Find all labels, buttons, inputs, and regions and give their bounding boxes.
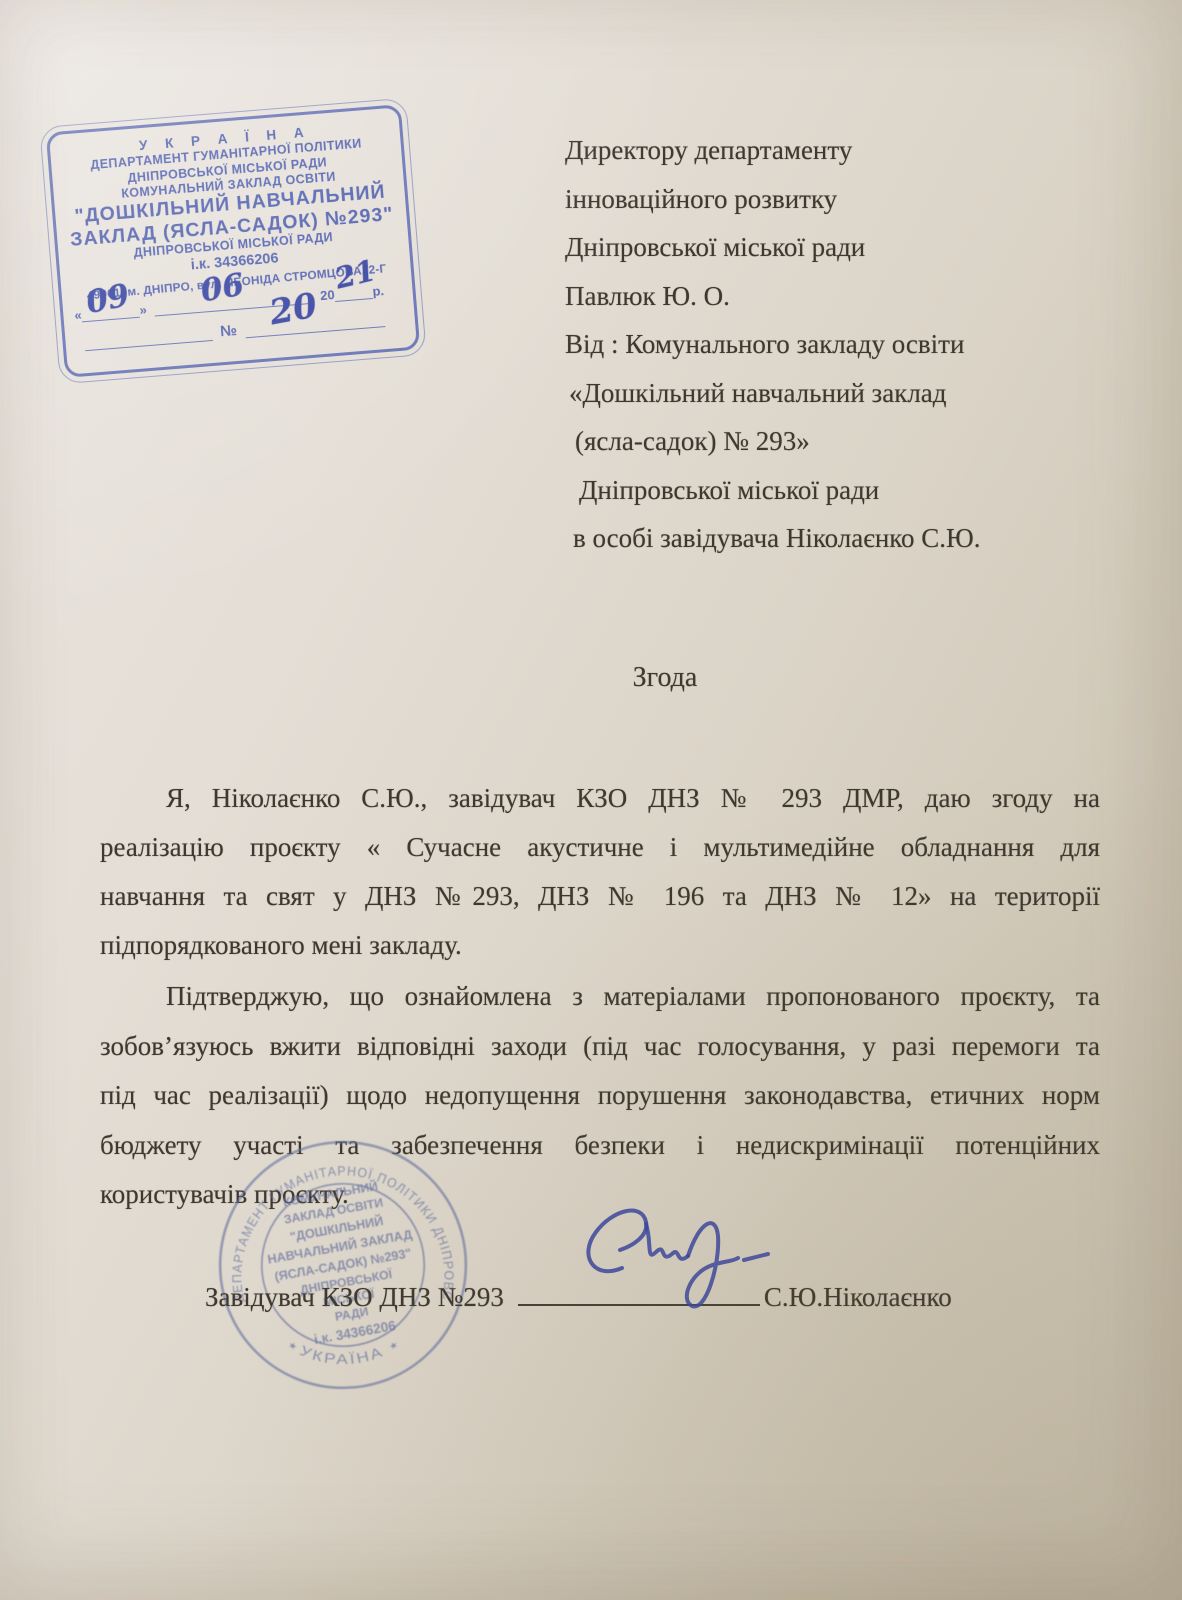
handwritten-number: 20 bbox=[266, 286, 320, 334]
document-title: Згода bbox=[100, 662, 1182, 694]
stamp-quote-close: » bbox=[139, 303, 147, 319]
stamp-dept-line2: ДНІПРОВСЬКОЇ МІСЬКОЇ РАДИ bbox=[127, 155, 328, 186]
recipient-block: Директору департаменту інноваційного роз… bbox=[565, 126, 981, 563]
stamp-year-prefix: 20 bbox=[320, 287, 336, 303]
handwritten-year: 21 bbox=[332, 253, 379, 296]
handwritten-day: 09 bbox=[83, 278, 132, 322]
handwritten-month: 06 bbox=[199, 267, 248, 310]
body-line: навчання та свят у ДНЗ №293, ДНЗ № 196 т… bbox=[100, 872, 1100, 921]
stamp-org-name1: "ДОШКІЛЬНИЙ НАВЧАЛЬНИЙ bbox=[74, 181, 387, 228]
recipient-line: (ясла-садок) № 293» bbox=[565, 417, 981, 466]
round-seal: ДЕПАРТАМЕНТ ГУМАНІТАРНОЇ ПОЛІТИКИ ДНІПРО… bbox=[211, 1133, 475, 1397]
body-line: підпорядкованого мені закладу. bbox=[100, 921, 1100, 970]
scanned-document-page: У К Р А Ї Н А ДЕПАРТАМЕНТ ГУМАНІТАРНОЇ П… bbox=[0, 0, 1182, 1600]
recipient-line: Дніпровської міської ради bbox=[565, 466, 981, 515]
recipient-line: інноваційного розвитку bbox=[565, 175, 981, 224]
stamp-org-name2: ЗАКЛАД (ЯСЛА-САДОК) №293" bbox=[69, 203, 394, 251]
stamp-number-blank: 20 bbox=[244, 311, 385, 339]
stamp-country: У К Р А Ї Н А bbox=[138, 124, 311, 154]
recipient-line: Дніпровської міської ради bbox=[565, 223, 981, 272]
stamp-org-type: КОМУНАЛЬНИЙ ЗАКЛАД ОСВІТИ bbox=[121, 170, 336, 202]
stamp-left-blank bbox=[84, 324, 213, 351]
stamp-dept-line1: ДЕПАРТАМЕНТ ГУМАНІТАРНОЇ ПОЛІТИКИ bbox=[90, 137, 362, 174]
body-line: реалізацію проєкту « Сучасне акустичне і… bbox=[100, 823, 1100, 872]
paragraph-1: Я, Ніколаєнко С.Ю., завідувач КЗО ДНЗ № … bbox=[100, 774, 1100, 970]
stamp-number-label: № bbox=[220, 322, 238, 340]
recipient-line: Від : Комунального закладу освіти bbox=[565, 320, 981, 369]
stamp-day-blank: 09 bbox=[81, 301, 140, 323]
recipient-line: в особі завідувача Ніколаєнко С.Ю. bbox=[565, 514, 981, 563]
body-line: Підтверджую, що ознайомлена з матеріалам… bbox=[100, 972, 1100, 1022]
recipient-line: Директору департаменту bbox=[565, 126, 981, 175]
body-line: під час реалізації) щодо недопущення пор… bbox=[100, 1071, 1100, 1121]
stamp-council: ДНІПРОВСЬКОЇ МІСЬКОЇ РАДИ bbox=[133, 230, 334, 261]
recipient-line: «Дошкільний навчальний заклад bbox=[565, 369, 981, 418]
body-line: зобов’язуюсь вжити відповідні заходи (пі… bbox=[100, 1022, 1100, 1072]
institution-stamp: У К Р А Ї Н А ДЕПАРТАМЕНТ ГУМАНІТАРНОЇ П… bbox=[46, 104, 421, 378]
stamp-year-blank: 21 bbox=[334, 282, 373, 302]
body-line: Я, Ніколаєнко С.Ю., завідувач КЗО ДНЗ № … bbox=[100, 774, 1100, 823]
signature-label: Завідувач КЗО ДНЗ №293 bbox=[205, 1282, 504, 1313]
recipient-line: Павлюк Ю. О. bbox=[565, 272, 981, 321]
handwritten-signature bbox=[560, 1188, 810, 1338]
